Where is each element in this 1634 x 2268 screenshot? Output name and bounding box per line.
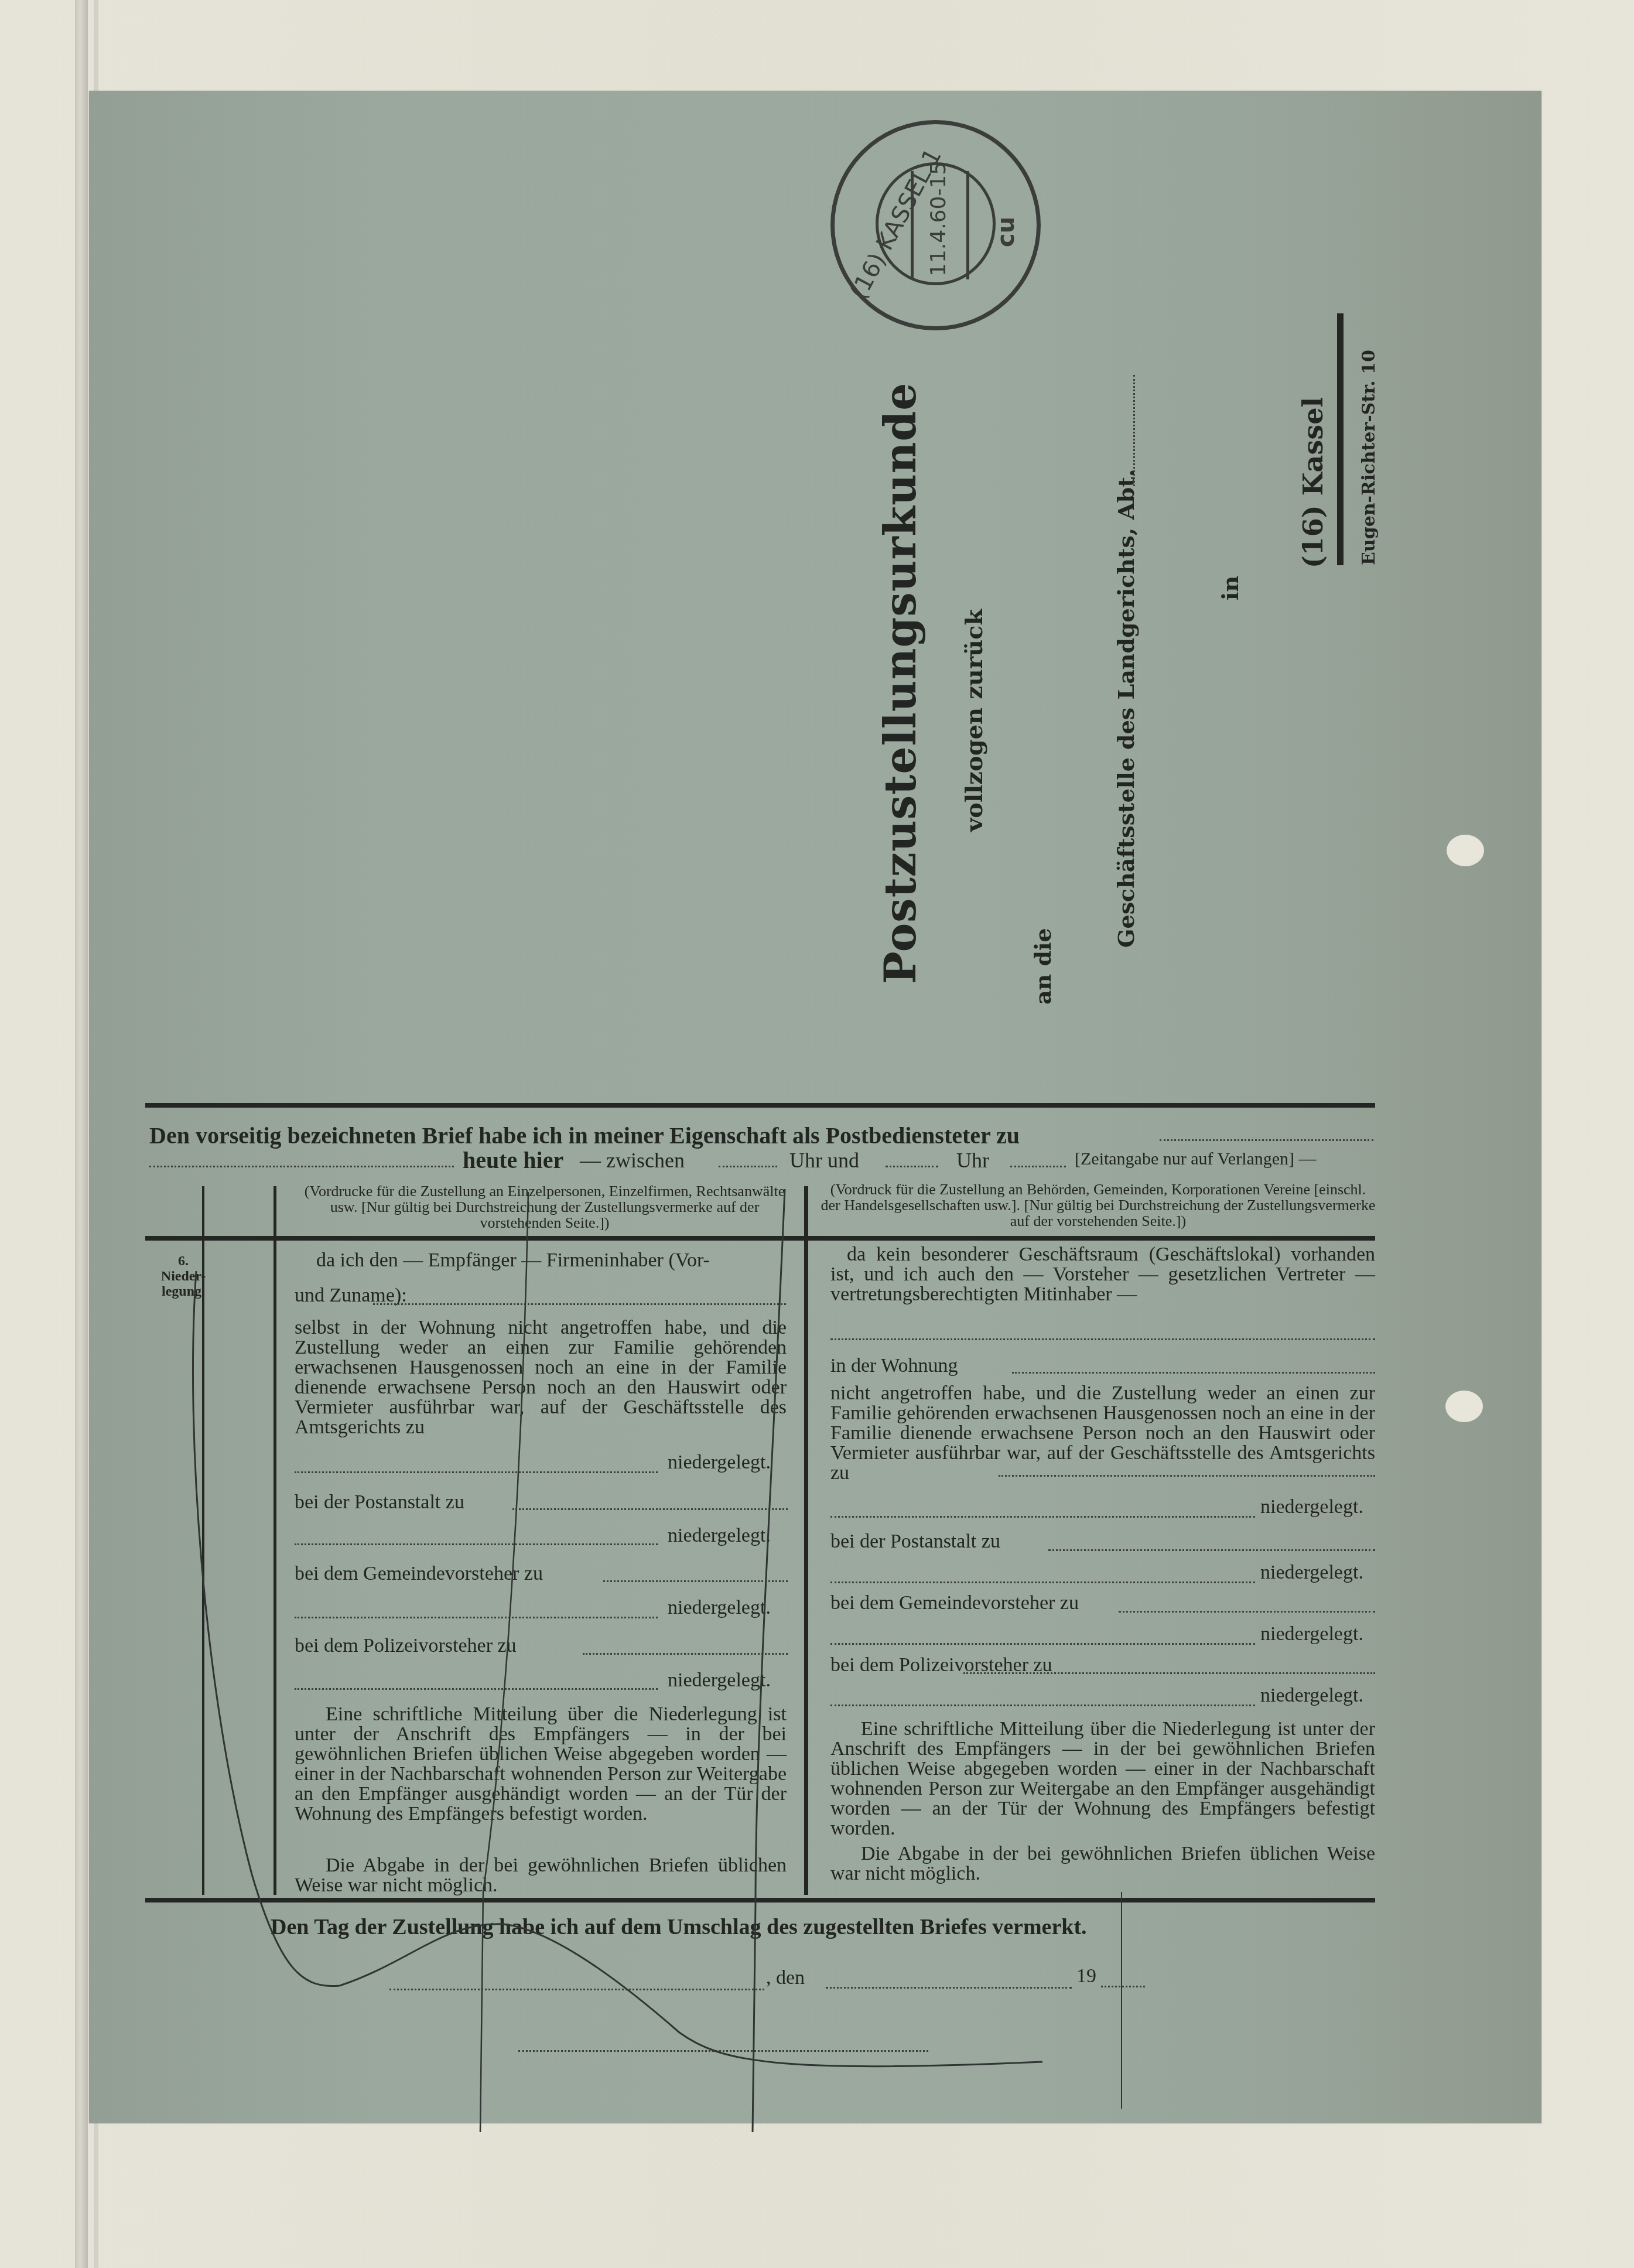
pen-strikethrough-marks <box>0 0 1634 2268</box>
